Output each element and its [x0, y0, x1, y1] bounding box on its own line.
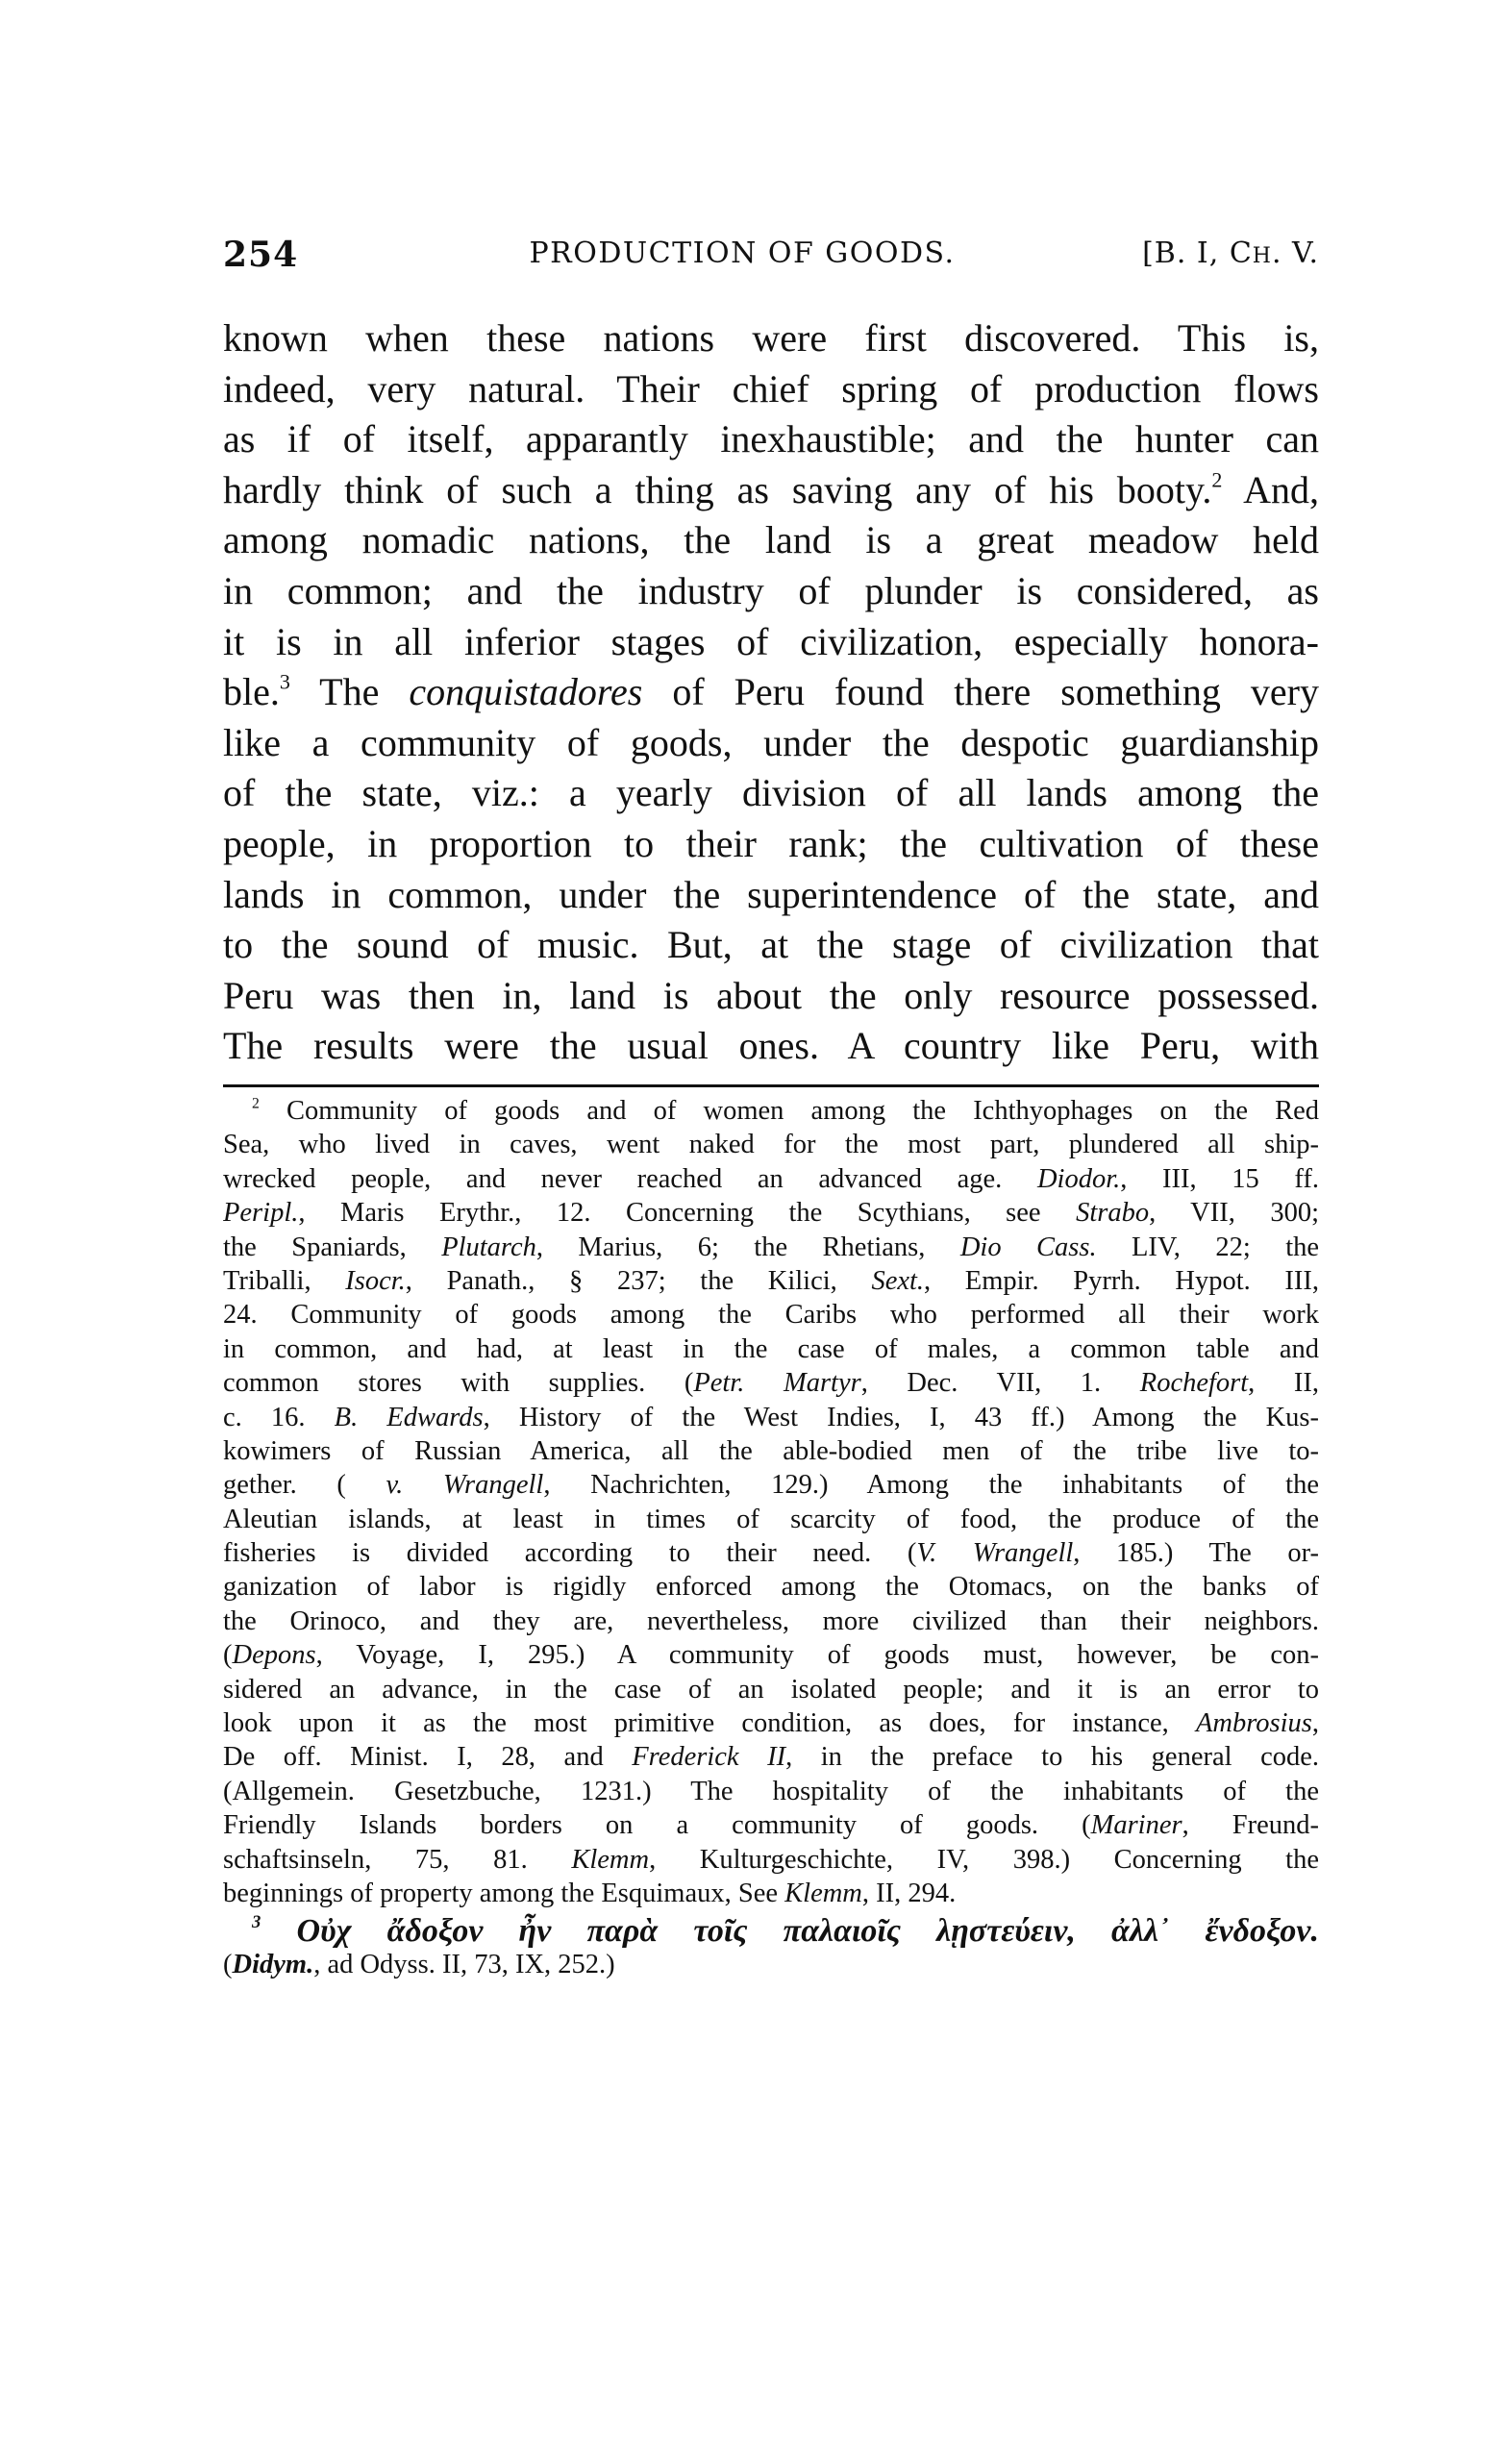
- footnote-line: fisheries is divided according to their …: [223, 1536, 1319, 1570]
- running-header: 254 PRODUCTION OF GOODS. [B. I, CH. V.: [223, 235, 1319, 281]
- footnote-line: ganization of labor is rigidly enforced …: [223, 1570, 1319, 1604]
- italic-citation: Depons: [233, 1640, 316, 1670]
- footnote-line: the Orinoco, and they are, nevertheless,…: [223, 1605, 1319, 1638]
- footnote-line: (Depons, Voyage, I, 295.) A community of…: [223, 1638, 1319, 1672]
- italic-citation: Ambrosius: [1196, 1708, 1312, 1738]
- italic-citation: Dio Cass.: [960, 1232, 1097, 1262]
- text-line: ble.3 The conquistadores of Peru found t…: [223, 667, 1319, 718]
- italic-citation: B. Edwards: [335, 1403, 484, 1432]
- text-line: of the state, viz.: a yearly division of…: [223, 768, 1319, 819]
- italic-citation: Isocr.: [345, 1266, 406, 1296]
- footnote-line: 24. Community of goods among the Caribs …: [223, 1298, 1319, 1332]
- section-ref-suffix: . V.: [1272, 236, 1319, 270]
- citation-source: , ad Odyss. II, 73, IX, 252.): [313, 1950, 614, 1979]
- text-run: The: [290, 670, 409, 713]
- text-run: ble.: [223, 670, 280, 713]
- text-line: The results were the usual ones. A count…: [223, 1021, 1319, 1072]
- italic-citation: V. Wrangell: [916, 1538, 1073, 1568]
- text-run: hardly think of such a thing as saving a…: [223, 468, 1211, 511]
- italic-citation: v. Wrangell: [386, 1470, 544, 1500]
- footnotes: 2 Community of goods and of women among …: [223, 1094, 1319, 1981]
- footnote-line: look upon it as the most primitive condi…: [223, 1706, 1319, 1740]
- footnote-line: (Allgemein. Gesetzbuche, 1231.) The hosp…: [223, 1775, 1319, 1808]
- footnote-line: 2 Community of goods and of women among …: [223, 1094, 1319, 1128]
- footnote-line: schaftsinseln, 75, 81. Klemm, Kulturgesc…: [223, 1843, 1319, 1877]
- footnote-line: Sea, who lived in caves, went naked for …: [223, 1128, 1319, 1161]
- footnote-ref-2[interactable]: 2: [1211, 467, 1222, 491]
- footnote-line: Peripl., Maris Erythr., 12. Concerning t…: [223, 1196, 1319, 1230]
- footnote-3: 3 Οὐχ ἄδοξον ἦν παρὰ τοῖς παλαιοῖς λῃστε…: [223, 1912, 1319, 1981]
- greek-text: Οὐχ ἄδοξον ἦν παρὰ τοῖς παλαιοῖς λῃστεύε…: [297, 1913, 1320, 1949]
- italic-term: conquistadores: [409, 670, 642, 713]
- main-text: known when these nations were first disc…: [223, 313, 1319, 1072]
- text-line: Peru was then in, land is about the only…: [223, 971, 1319, 1022]
- footnote-line: Friendly Islands borders on a community …: [223, 1808, 1319, 1842]
- section-ref-smallcaps: H: [1253, 244, 1272, 268]
- book-page: 254 PRODUCTION OF GOODS. [B. I, CH. V. k…: [0, 0, 1493, 2464]
- footnote-line: common stores with supplies. (Petr. Mart…: [223, 1366, 1319, 1400]
- text-line: known when these nations were first disc…: [223, 313, 1319, 364]
- text-line: indeed, very natural. Their chief spring…: [223, 364, 1319, 415]
- footnote-line: wrecked people, and never reached an adv…: [223, 1162, 1319, 1196]
- footnote-ref-3[interactable]: 3: [280, 670, 290, 694]
- italic-citation: Plutarch: [441, 1232, 536, 1262]
- italic-citation: Peripl.: [223, 1198, 298, 1228]
- italic-citation: Rochefort: [1140, 1368, 1248, 1398]
- citation: (Didym., ad Odyss. II, 73, IX, 252.): [223, 1949, 1319, 1981]
- text-line: to the sound of music. But, at the stage…: [223, 920, 1319, 971]
- footnote-line: Triballi, Isocr., Panath., § 237; the Ki…: [223, 1264, 1319, 1298]
- section-reference: [B. I, CH. V.: [1142, 236, 1319, 270]
- text-line: people, in proportion to their rank; the…: [223, 819, 1319, 870]
- footnote-divider: [223, 1084, 1319, 1087]
- text-line: hardly think of such a thing as saving a…: [223, 465, 1319, 516]
- footnote-line: De off. Minist. I, 28, and Frederick II,…: [223, 1740, 1319, 1774]
- text-line: lands in common, under the superintenden…: [223, 870, 1319, 921]
- italic-citation: Klemm: [571, 1845, 649, 1875]
- italic-citation: Strabo: [1076, 1198, 1149, 1228]
- footnote-marker: 2: [252, 1095, 260, 1111]
- text-run: of Peru found there something very: [642, 670, 1319, 713]
- footnote-2: 2 Community of goods and of women among …: [223, 1094, 1319, 1910]
- footnote-marker: 3: [252, 1912, 261, 1932]
- text-line: like a community of goods, under the des…: [223, 718, 1319, 769]
- footnote-line: the Spaniards, Plutarch, Marius, 6; the …: [223, 1231, 1319, 1264]
- footnote-line: beginnings of property among the Esquima…: [223, 1877, 1319, 1910]
- text-line: in common; and the industry of plunder i…: [223, 566, 1319, 617]
- text-line: among nomadic nations, the land is a gre…: [223, 515, 1319, 566]
- footnote-text: Community of goods and of women among th…: [286, 1096, 1319, 1126]
- text-line: as if of itself, apparantly inexhaustibl…: [223, 414, 1319, 465]
- citation-author: Didym.: [233, 1950, 314, 1979]
- footnote-line: c. 16. B. Edwards, History of the West I…: [223, 1401, 1319, 1434]
- text-line: it is in all inferior stages of civiliza…: [223, 617, 1319, 668]
- italic-citation: Mariner: [1091, 1810, 1182, 1840]
- italic-citation: Frederick II: [632, 1742, 785, 1772]
- footnote-line: in common, and had, at least in the case…: [223, 1332, 1319, 1366]
- citation-paren: (: [223, 1950, 233, 1979]
- footnote-line: kowimers of Russian America, all the abl…: [223, 1434, 1319, 1468]
- italic-citation: Petr. Martyr: [693, 1368, 860, 1398]
- italic-citation: Sext.: [871, 1266, 924, 1296]
- section-ref-prefix: [B. I, C: [1142, 236, 1253, 270]
- italic-citation: Diodor.: [1037, 1164, 1120, 1194]
- italic-citation: Klemm: [784, 1879, 862, 1908]
- greek-quotation: 3 Οὐχ ἄδοξον ἦν παρὰ τοῖς παλαιοῖς λῃστε…: [223, 1912, 1319, 1949]
- footnote-line: Aleutian islands, at least in times of s…: [223, 1503, 1319, 1536]
- footnote-line: gether. ( v. Wrangell, Nachrichten, 129.…: [223, 1468, 1319, 1502]
- footnote-line: sidered an advance, in the case of an is…: [223, 1673, 1319, 1706]
- text-run: And,: [1222, 468, 1319, 511]
